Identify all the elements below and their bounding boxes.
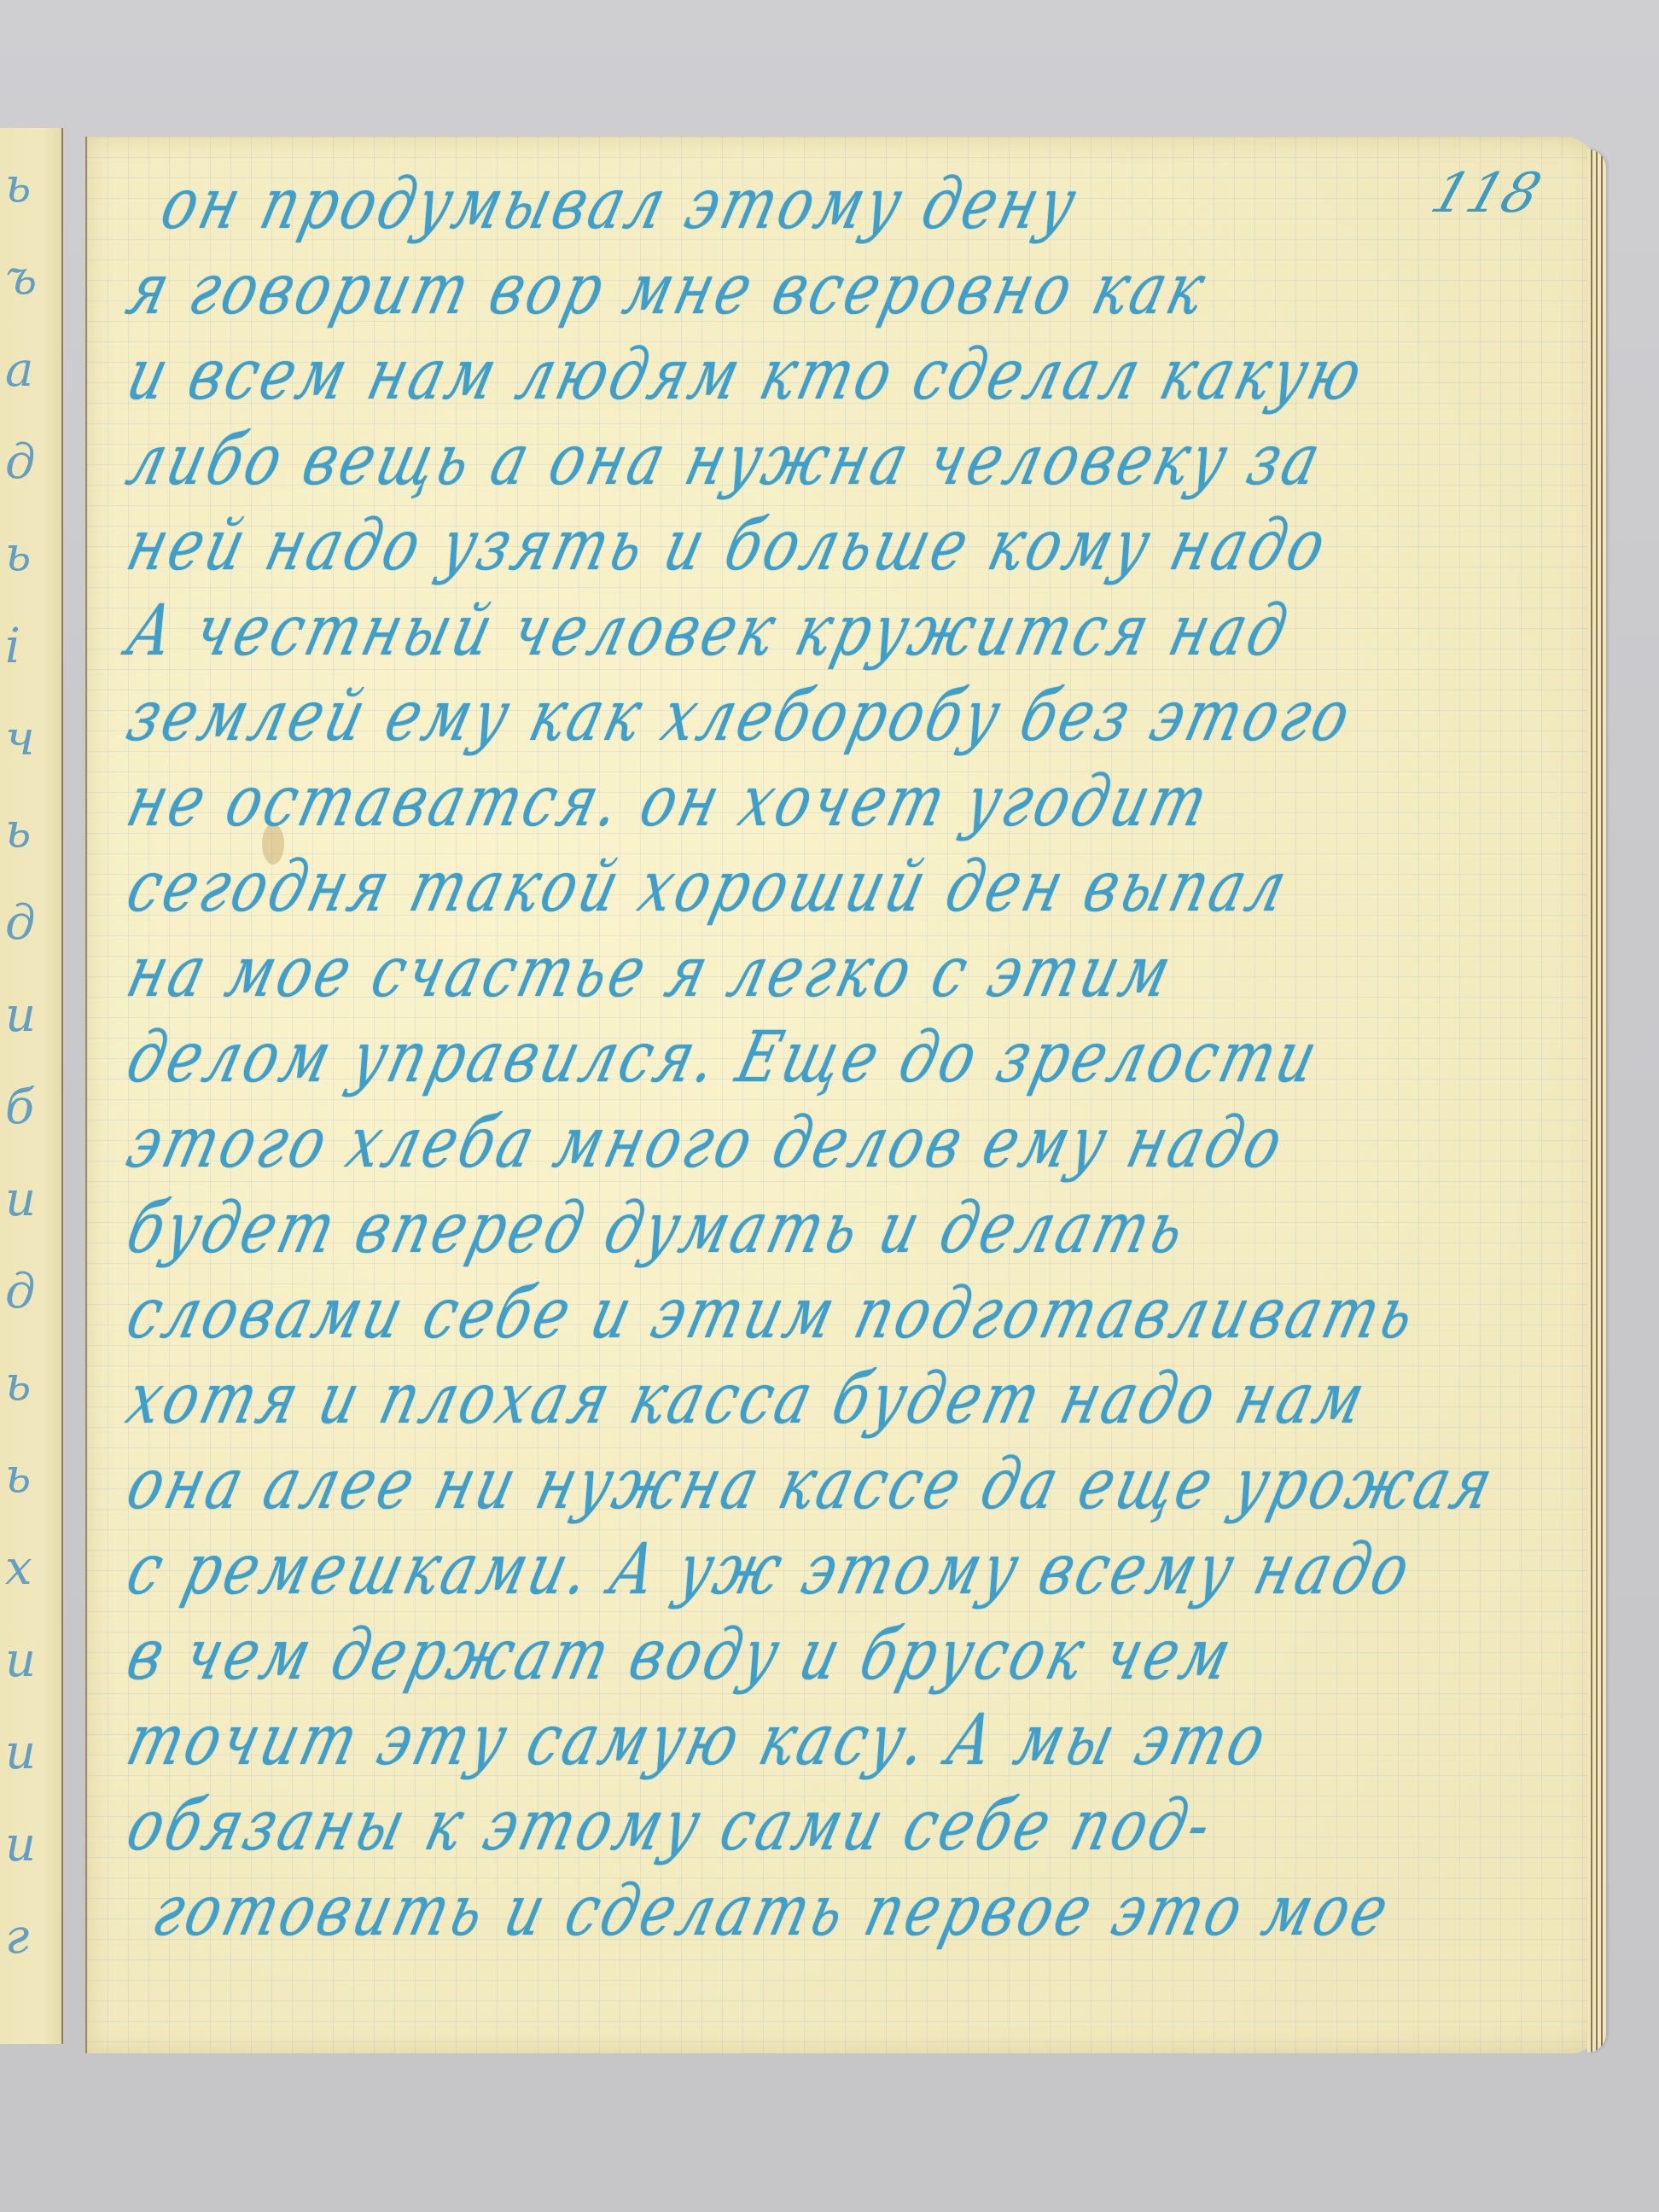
margin-fragment: х: [5, 1545, 32, 1592]
text-line: в чем держат воду и брусок чем: [119, 1614, 1243, 1696]
text-line: либо вещь а она нужна человеку за: [119, 419, 1331, 501]
margin-fragment: д: [5, 439, 36, 486]
text-line: и всем нам людям кто сделал какую: [119, 334, 1373, 416]
text-line: точит эту самую касу. А мы это: [119, 1699, 1277, 1781]
left-page-edge: ьъадьічьдибидььхиииг: [0, 128, 63, 2044]
page-number: 118: [1423, 162, 1548, 225]
text-line: землей ему как хлеборобу без этого: [119, 675, 1361, 757]
text-line: словами себе и этим подготавливать: [119, 1272, 1426, 1354]
margin-fragment: и: [5, 1821, 36, 1869]
margin-fragment: ъ: [5, 254, 37, 302]
margin-fragment: г: [5, 1913, 29, 1961]
margin-fragment: д: [5, 1268, 36, 1316]
margin-fragment: ь: [5, 1360, 32, 1408]
text-line: ней надо узять и больше кому надо: [119, 504, 1336, 586]
margin-fragment: д: [5, 899, 36, 947]
text-line: будет вперед думать и делать: [119, 1187, 1196, 1269]
text-line: с ремешками. А уж этому всему надо: [119, 1528, 1421, 1610]
page-stack-edge: [1587, 149, 1606, 2052]
text-line: готовить и сделать первое это мое: [145, 1870, 1400, 1952]
text-line: А честный человек кружится над: [119, 590, 1298, 672]
margin-fragment: ь: [5, 1452, 32, 1500]
text-line: я говорит вор мне всеровно как: [119, 248, 1216, 330]
text-line: обязаны к этому сами себе под-: [119, 1784, 1222, 1866]
margin-fragment: і: [5, 623, 20, 671]
margin-fragment: а: [5, 346, 33, 394]
margin-fragment: б: [5, 1084, 34, 1132]
margin-fragment: ч: [5, 715, 35, 763]
margin-fragment: и: [5, 1176, 36, 1224]
text-line: он продумывал этому дену: [154, 163, 1087, 245]
margin-fragment: ь: [5, 162, 32, 210]
text-line: этого хлеба много делов ему надо: [119, 1102, 1294, 1184]
margin-fragment: и: [5, 1729, 36, 1777]
margin-fragment: и: [5, 1637, 36, 1685]
text-line: на мое счастье я легко с этим: [119, 931, 1182, 1013]
margin-fragment: ь: [5, 807, 32, 855]
margin-fragment: ь: [5, 531, 32, 579]
margin-fragment: и: [5, 992, 36, 1039]
text-line: сегодня такой хороший ден выпал: [119, 846, 1298, 928]
text-line: не оставатся. он хочет угодит: [119, 760, 1219, 842]
text-line: хотя и плохая касса будет надо нам: [119, 1358, 1376, 1440]
text-line: она алее ни нужна кассе да еще урожая: [119, 1443, 1504, 1525]
text-line: делом управился. Еще до зрелости: [119, 1016, 1328, 1098]
